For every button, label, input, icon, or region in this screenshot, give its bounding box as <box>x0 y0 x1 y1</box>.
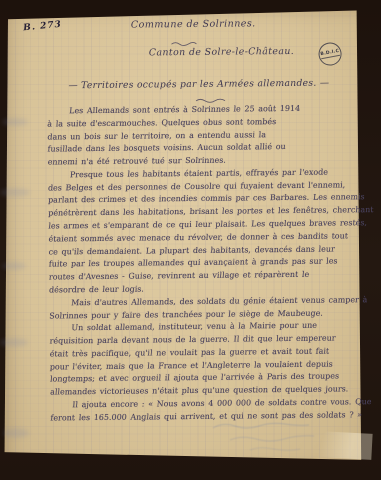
manuscript-lines: Les Allemands sont entrés à Solrinnes le… <box>47 102 362 425</box>
manuscript-line: feront les 165.000 Anglais qui arrivent,… <box>50 409 363 425</box>
stamp-label: B.D.I.C <box>320 49 340 59</box>
page-content: B. 273 Commune de Solrinnes. Canton de S… <box>0 0 381 480</box>
document-title: — Territoires occupés par les Armées all… <box>0 77 381 92</box>
photo-background: B. 273 Commune de Solrinnes. Canton de S… <box>0 0 381 480</box>
